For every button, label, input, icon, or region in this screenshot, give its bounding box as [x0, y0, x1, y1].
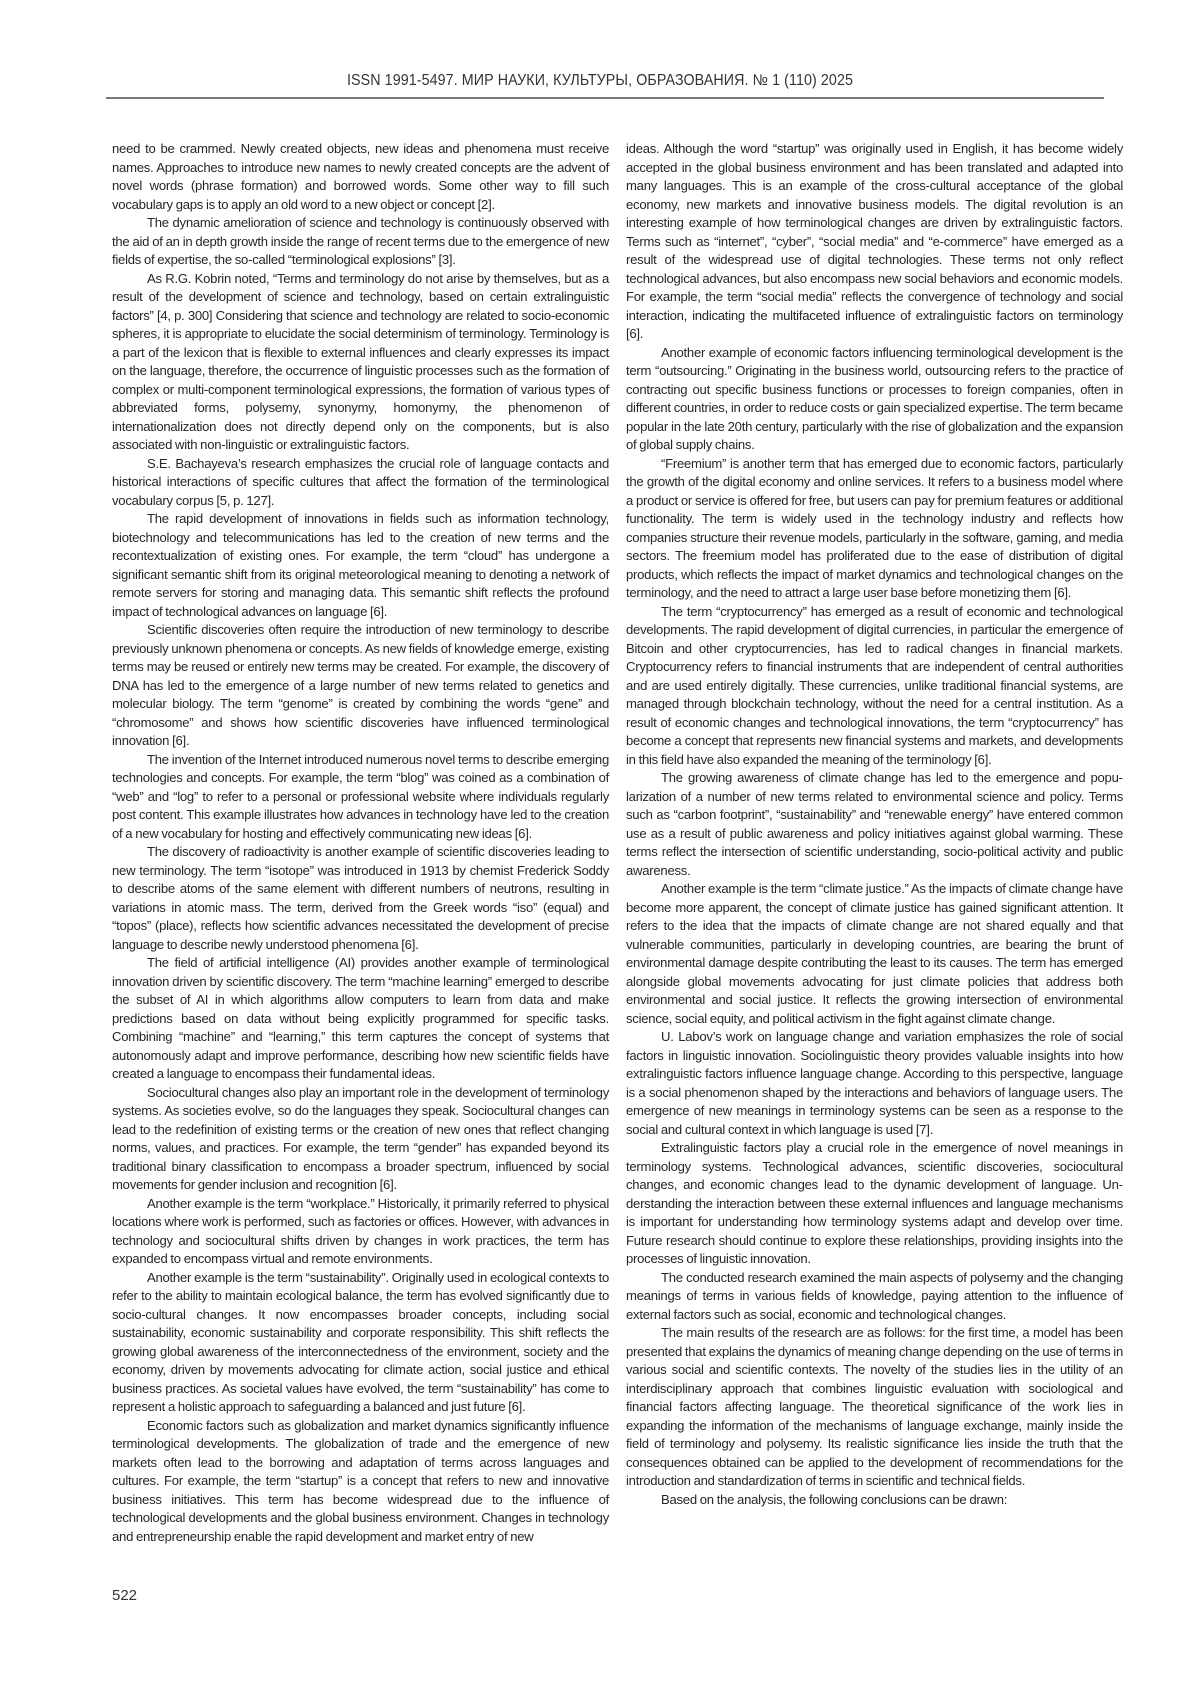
- paragraph: The conducted research examined the main…: [626, 1269, 1123, 1325]
- left-column: need to be crammed. Newly created object…: [112, 140, 609, 1546]
- paragraph: ideas. Although the word “startup” was o…: [626, 140, 1123, 344]
- paragraph: Another example is the term “climate jus…: [626, 880, 1123, 1028]
- running-header: ISSN 1991-5497. МИР НАУКИ, КУЛЬТУРЫ, ОБР…: [140, 72, 1060, 90]
- paragraph: As R.G. Kobrin noted, “Terms and termino…: [112, 270, 609, 455]
- paragraph: Based on the analysis, the following con…: [626, 1491, 1123, 1510]
- paragraph: The field of artificial intelligence (AI…: [112, 954, 609, 1084]
- paragraph: The discovery of radioactivity is anothe…: [112, 843, 609, 954]
- paragraph: Economic factors such as globalization a…: [112, 1417, 609, 1547]
- paragraph: Another example is the term “sustainabil…: [112, 1269, 609, 1417]
- paragraph: The growing awareness of climate change …: [626, 769, 1123, 880]
- paragraph: The term “cryptocurrency” has emerged as…: [626, 603, 1123, 770]
- paragraph: Sociocultural changes also play an impor…: [112, 1084, 609, 1195]
- paragraph: need to be crammed. Newly created object…: [112, 140, 609, 214]
- right-column: ideas. Although the word “startup” was o…: [626, 140, 1123, 1509]
- paragraph: The main results of the research are as …: [626, 1324, 1123, 1491]
- paragraph: Extralinguistic factors play a crucial r…: [626, 1139, 1123, 1269]
- paragraph: Scientific discoveries often require the…: [112, 621, 609, 751]
- paragraph: Another example is the term “workplace.”…: [112, 1195, 609, 1269]
- paragraph: “Freemium” is another term that has emer…: [626, 455, 1123, 603]
- paragraph: The invention of the Internet introduced…: [112, 751, 609, 844]
- paragraph: Another example of economic factors infl…: [626, 344, 1123, 455]
- paragraph: S.E. Bachayeva’s research emphasizes the…: [112, 455, 609, 511]
- header-rule: [106, 97, 1104, 99]
- page-number: 522: [112, 1587, 137, 1604]
- paragraph: The dynamic amelioration of science and …: [112, 214, 609, 270]
- paragraph: U. Labov’s work on language change and v…: [626, 1028, 1123, 1139]
- paragraph: The rapid development of innovations in …: [112, 510, 609, 621]
